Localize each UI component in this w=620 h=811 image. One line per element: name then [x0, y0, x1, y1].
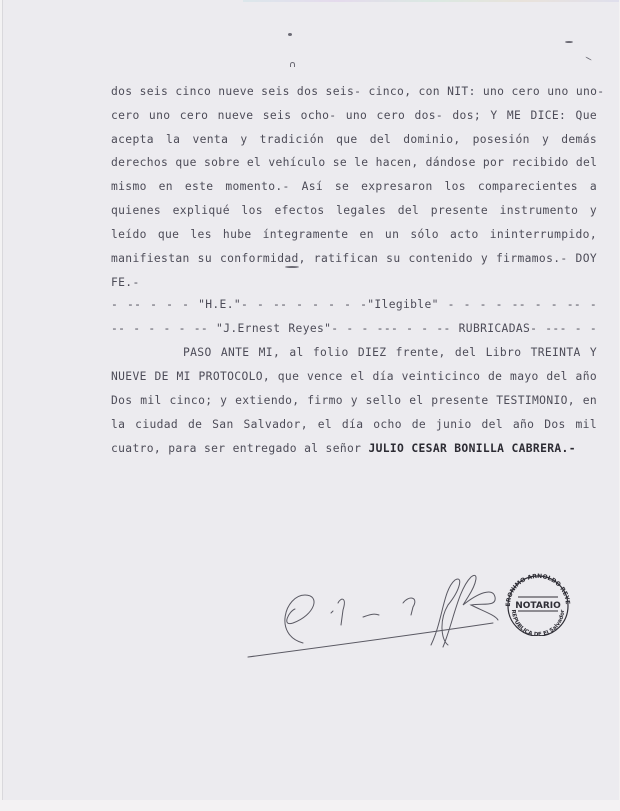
notary-stamp: JERONIMO ARNOLDO REYES NOTARIO REPUBLICA…	[498, 568, 578, 636]
doc-line: la ciudad de San Salvador, el día ocho d…	[111, 417, 597, 433]
signature-line: -- - - - - -- "J.Ernest Reyes"- - - --- …	[111, 321, 597, 337]
doc-line: Dos mil cinco; y extiendo, firmo y sello…	[111, 393, 597, 409]
handwritten-signature	[243, 565, 503, 660]
doc-line: manifiestan su conformidad, ratifican su…	[111, 251, 597, 267]
doc-line: NUEVE DE MI PROTOCOLO, que vence el día …	[111, 369, 597, 385]
stamp-bottom-text: REPUBLICA DE El Salvador	[510, 609, 566, 636]
doc-line: mismo en este momento.- Así se expresaro…	[111, 179, 597, 195]
scan-speck	[565, 41, 573, 43]
stamp-center-text: NOTARIO	[515, 601, 561, 611]
doc-line: acepta la venta y tradición que del domi…	[111, 132, 597, 148]
signature-line: - -- - - - "H.E."- - -- - - - - -"Ilegib…	[111, 297, 597, 313]
doc-line: cero uno cero nueve seis ocho- uno cero …	[111, 108, 597, 124]
doc-line: PASO ANTE MI, al folio DIEZ frente, del …	[183, 345, 597, 361]
doc-line: leído que les hube íntegramente en un só…	[111, 227, 597, 243]
scan-edge	[243, 0, 619, 2]
scan-speck	[585, 56, 592, 60]
doc-line: FE.-	[111, 275, 597, 291]
scan-speck	[288, 33, 292, 36]
document-page: dos seis cinco nueve seis dos seis- cinc…	[2, 0, 619, 800]
closing-text: cuatro, para ser entregado al señor	[111, 442, 368, 455]
recipient-name: JULIO CESAR BONILLA CABRERA.-	[368, 442, 575, 455]
scan-speck	[290, 62, 295, 67]
doc-line: derechos que sobre el vehículo se le hac…	[111, 155, 597, 171]
doc-line-closing: cuatro, para ser entregado al señor JULI…	[111, 441, 597, 457]
svg-text:REPUBLICA DE El Salvador: REPUBLICA DE El Salvador	[510, 609, 566, 636]
doc-line: quienes expliqué los efectos legales del…	[111, 203, 597, 219]
doc-line: dos seis cinco nueve seis dos seis- cinc…	[111, 84, 597, 100]
